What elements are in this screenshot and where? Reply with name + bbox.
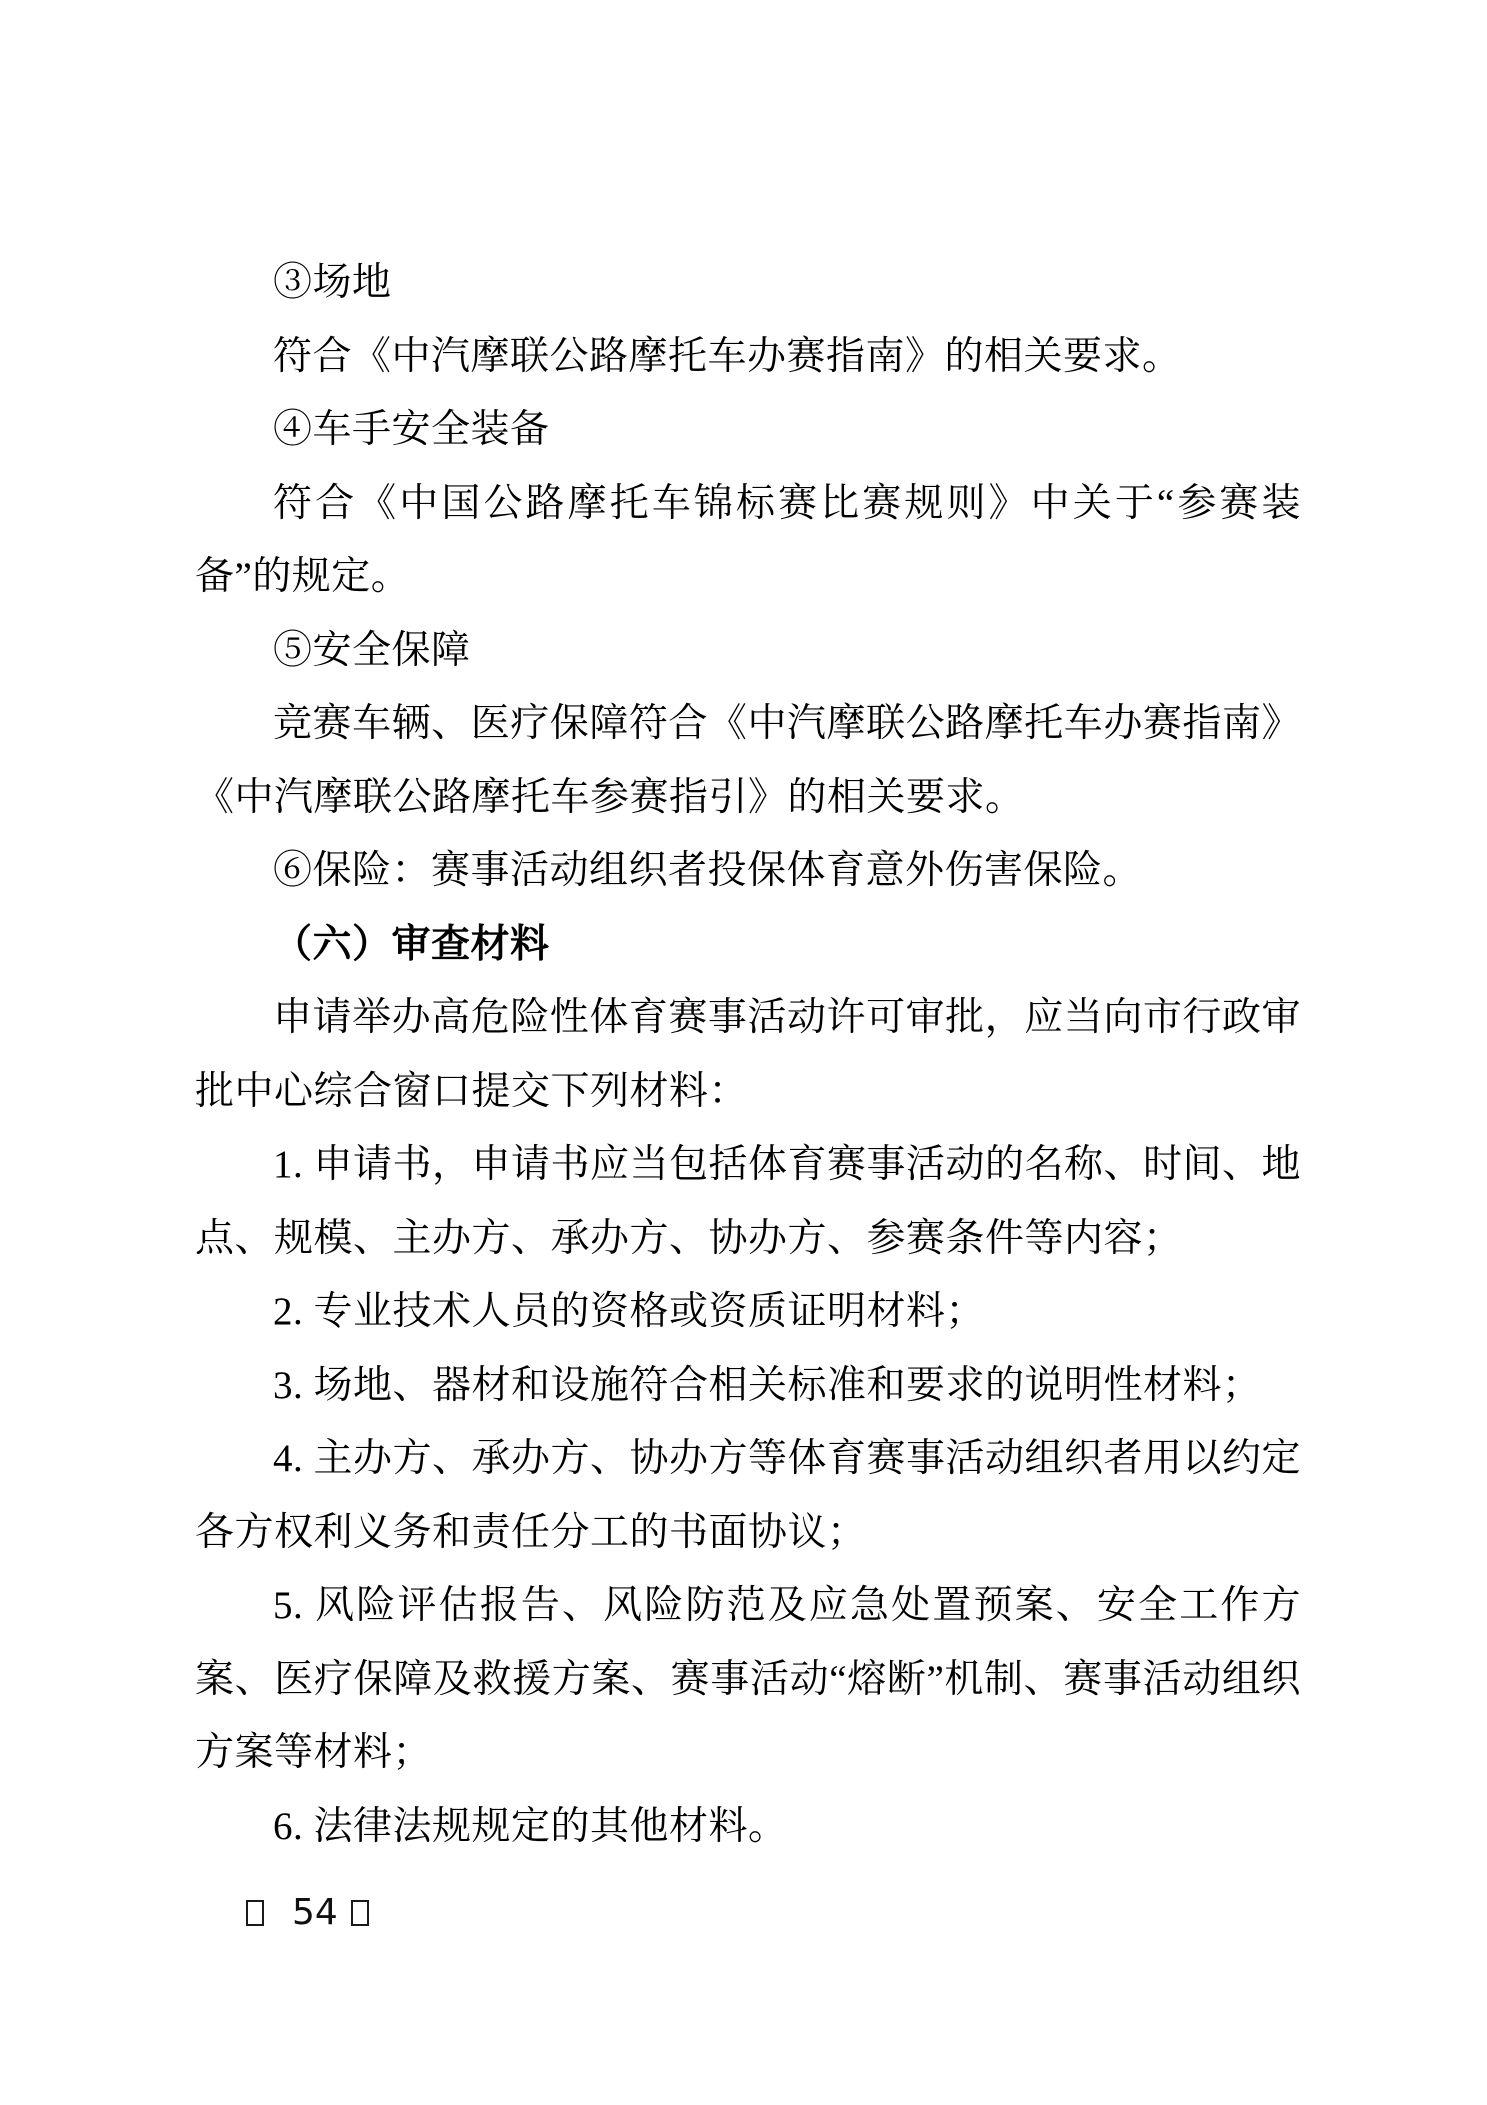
paragraph-safety-requirement: 竞赛车辆、医疗保障符合《中汽摩联公路摩托车办赛指南》《中汽摩联公路摩托车参赛指引… — [195, 687, 1301, 834]
page-footer: 54 — [246, 1896, 369, 1930]
paragraph-item-5-safety: ⑤安全保障 — [195, 614, 1301, 688]
paragraph-material-4: 4. 主办方、承办方、协办方等体育赛事活动组织者用以约定各方权利义务和责任分工的… — [195, 1422, 1301, 1569]
paragraph-gear-requirement: 符合《中国公路摩托车锦标赛比赛规则》中关于“参赛装备”的规定。 — [195, 467, 1301, 614]
paragraph-item-3-venue: ③场地 — [195, 246, 1301, 320]
document-body: ③场地 符合《中汽摩联公路摩托车办赛指南》的相关要求。 ④车手安全装备 符合《中… — [195, 246, 1301, 1863]
paragraph-venue-requirement: 符合《中汽摩联公路摩托车办赛指南》的相关要求。 — [195, 320, 1301, 394]
page-number: 54 — [292, 1896, 338, 1930]
section-heading-review-materials: （六）审查材料 — [195, 908, 1301, 982]
paragraph-item-4-rider-gear: ④车手安全装备 — [195, 393, 1301, 467]
paragraph-material-5: 5. 风险评估报告、风险防范及应急处置预案、安全工作方案、医疗保障及救援方案、赛… — [195, 1569, 1301, 1790]
missing-glyph-icon — [351, 1900, 369, 1926]
paragraph-material-2: 2. 专业技术人员的资格或资质证明材料； — [195, 1275, 1301, 1349]
paragraph-material-1: 1. 申请书，申请书应当包括体育赛事活动的名称、时间、地点、规模、主办方、承办方… — [195, 1128, 1301, 1275]
paragraph-material-6: 6. 法律法规规定的其他材料。 — [195, 1790, 1301, 1864]
paragraph-material-3: 3. 场地、器材和设施符合相关标准和要求的说明性材料； — [195, 1349, 1301, 1423]
missing-glyph-icon — [246, 1900, 264, 1926]
paragraph-item-6-insurance: ⑥保险：赛事活动组织者投保体育意外伤害保险。 — [195, 834, 1301, 908]
document-page: ③场地 符合《中汽摩联公路摩托车办赛指南》的相关要求。 ④车手安全装备 符合《中… — [0, 0, 1487, 2105]
paragraph-application-intro: 申请举办高危险性体育赛事活动许可审批，应当向市行政审批中心综合窗口提交下列材料： — [195, 981, 1301, 1128]
